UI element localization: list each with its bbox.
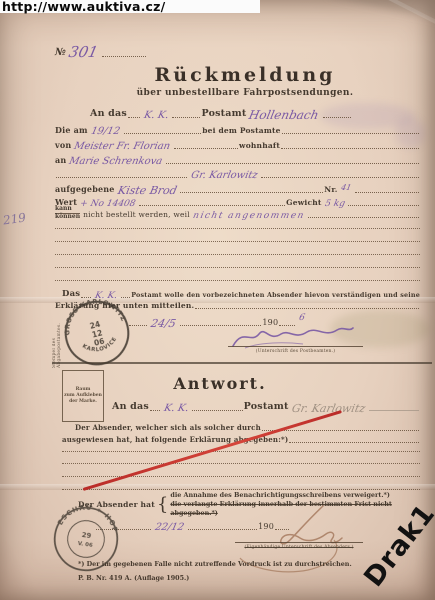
answer-date-handwriting: 22/12 bbox=[154, 523, 185, 533]
form-number-footer: P. B. Nr. 419 A. (Auflage 1905.) bbox=[78, 574, 189, 582]
date-of-posting-row: Die am 19/12 bei dem Postamte bbox=[55, 122, 420, 136]
postamt-label: Postamt bbox=[201, 108, 246, 120]
option-refused: die Annahme des Benachrichtigungsschreib… bbox=[170, 491, 423, 500]
brace: { bbox=[157, 494, 168, 515]
weil-value-handwriting: nicht angenommen bbox=[192, 212, 306, 221]
section-separator bbox=[52, 362, 432, 364]
postmaster-signature-caption: (Unterschrift des Postbeamten.) bbox=[228, 349, 363, 354]
antwort-postamt-label: Postamt bbox=[244, 401, 289, 413]
blank-line bbox=[62, 451, 420, 452]
posting-date-handwriting: 19/12 bbox=[90, 127, 121, 137]
form-title: Rückmeldung bbox=[100, 64, 390, 86]
margin-note-handwriting: 219 bbox=[2, 210, 27, 227]
reason-row: kann können nicht bestellt werden, weil … bbox=[55, 204, 420, 220]
auction-site-url: http://www.auktiva.cz/ bbox=[0, 0, 260, 13]
blank-line bbox=[55, 267, 420, 268]
antwort-an-das-label: An das bbox=[112, 401, 149, 413]
address-row: An das K. K. Postamt Hollenbach bbox=[90, 104, 352, 120]
signature-line bbox=[228, 346, 363, 347]
nr-value-handwriting: 41 bbox=[340, 184, 352, 192]
an-das-label: An das bbox=[90, 108, 127, 120]
sender-name-handwriting: Meister Fr. Florian bbox=[73, 142, 171, 152]
bei-dem-postamte-label: bei dem Postamte bbox=[202, 126, 280, 136]
blank-line bbox=[55, 280, 420, 281]
antwort-address-row: An das K. K. Postamt Gr. Karlowitz bbox=[112, 396, 420, 413]
blank-line bbox=[55, 254, 420, 255]
weil-text: nicht bestellt werden, weil bbox=[83, 210, 190, 220]
kann-koennen-stack: kann können bbox=[55, 206, 80, 221]
footnote: *) Der im gegebenen Falle nicht zutreffe… bbox=[78, 560, 352, 568]
form-number-row: № 301 bbox=[55, 42, 147, 59]
number-value-handwriting: 301 bbox=[67, 45, 99, 60]
die-am-label: Die am bbox=[55, 125, 88, 136]
wohnhaft-label: wohnhaft bbox=[239, 141, 280, 151]
scanned-postal-form: http://www.auktiva.cz/ № 301 Rückmeldung… bbox=[0, 0, 435, 600]
blank-line bbox=[55, 228, 420, 229]
an-das-value-handwriting: K. K. bbox=[143, 111, 170, 121]
an-label: an bbox=[55, 155, 66, 166]
antwort-heading: Antwort. bbox=[120, 374, 320, 393]
sender-declaration-row1: Der Absender, welcher sich als solcher d… bbox=[75, 421, 420, 433]
svg-text:29: 29 bbox=[81, 531, 92, 540]
blank-line bbox=[55, 241, 420, 242]
addressee-place-row: Gr. Karlowitz bbox=[55, 166, 420, 180]
sender-signature-line bbox=[235, 542, 363, 543]
sender-row: von Meister Fr. Florian wohnhaft bbox=[55, 137, 420, 151]
von-label: von bbox=[55, 140, 71, 151]
antwort-postamt-value-pencil: Gr. Karlowitz bbox=[290, 403, 365, 414]
addressee-row: an Marie Schrenkova bbox=[55, 152, 420, 166]
stamp-space-box: Raum zum Aufkleben der Marke. bbox=[62, 370, 104, 422]
svg-text:V. 06: V. 06 bbox=[77, 541, 93, 549]
dispatch-date-handwriting: 24/5 bbox=[150, 318, 177, 329]
blank-line bbox=[62, 463, 420, 464]
blank-line bbox=[62, 489, 420, 490]
form-subtitle: über unbestellbare Fahrpostsendungen. bbox=[100, 88, 390, 98]
number-label: № bbox=[55, 47, 66, 59]
postamt-value-handwriting: Hollenbach bbox=[248, 109, 320, 121]
sender-line1: Der Absender, welcher sich als solcher d… bbox=[75, 423, 261, 433]
item-row: aufgegebene Kiste Brod Nr. 41 bbox=[55, 180, 420, 195]
sender-signature-caption: (Eigenhändige Unterschrift des Absenders… bbox=[235, 545, 363, 550]
corner-shadow bbox=[329, 0, 435, 27]
antwort-an-das-value-handwriting: K. K. bbox=[163, 404, 190, 414]
